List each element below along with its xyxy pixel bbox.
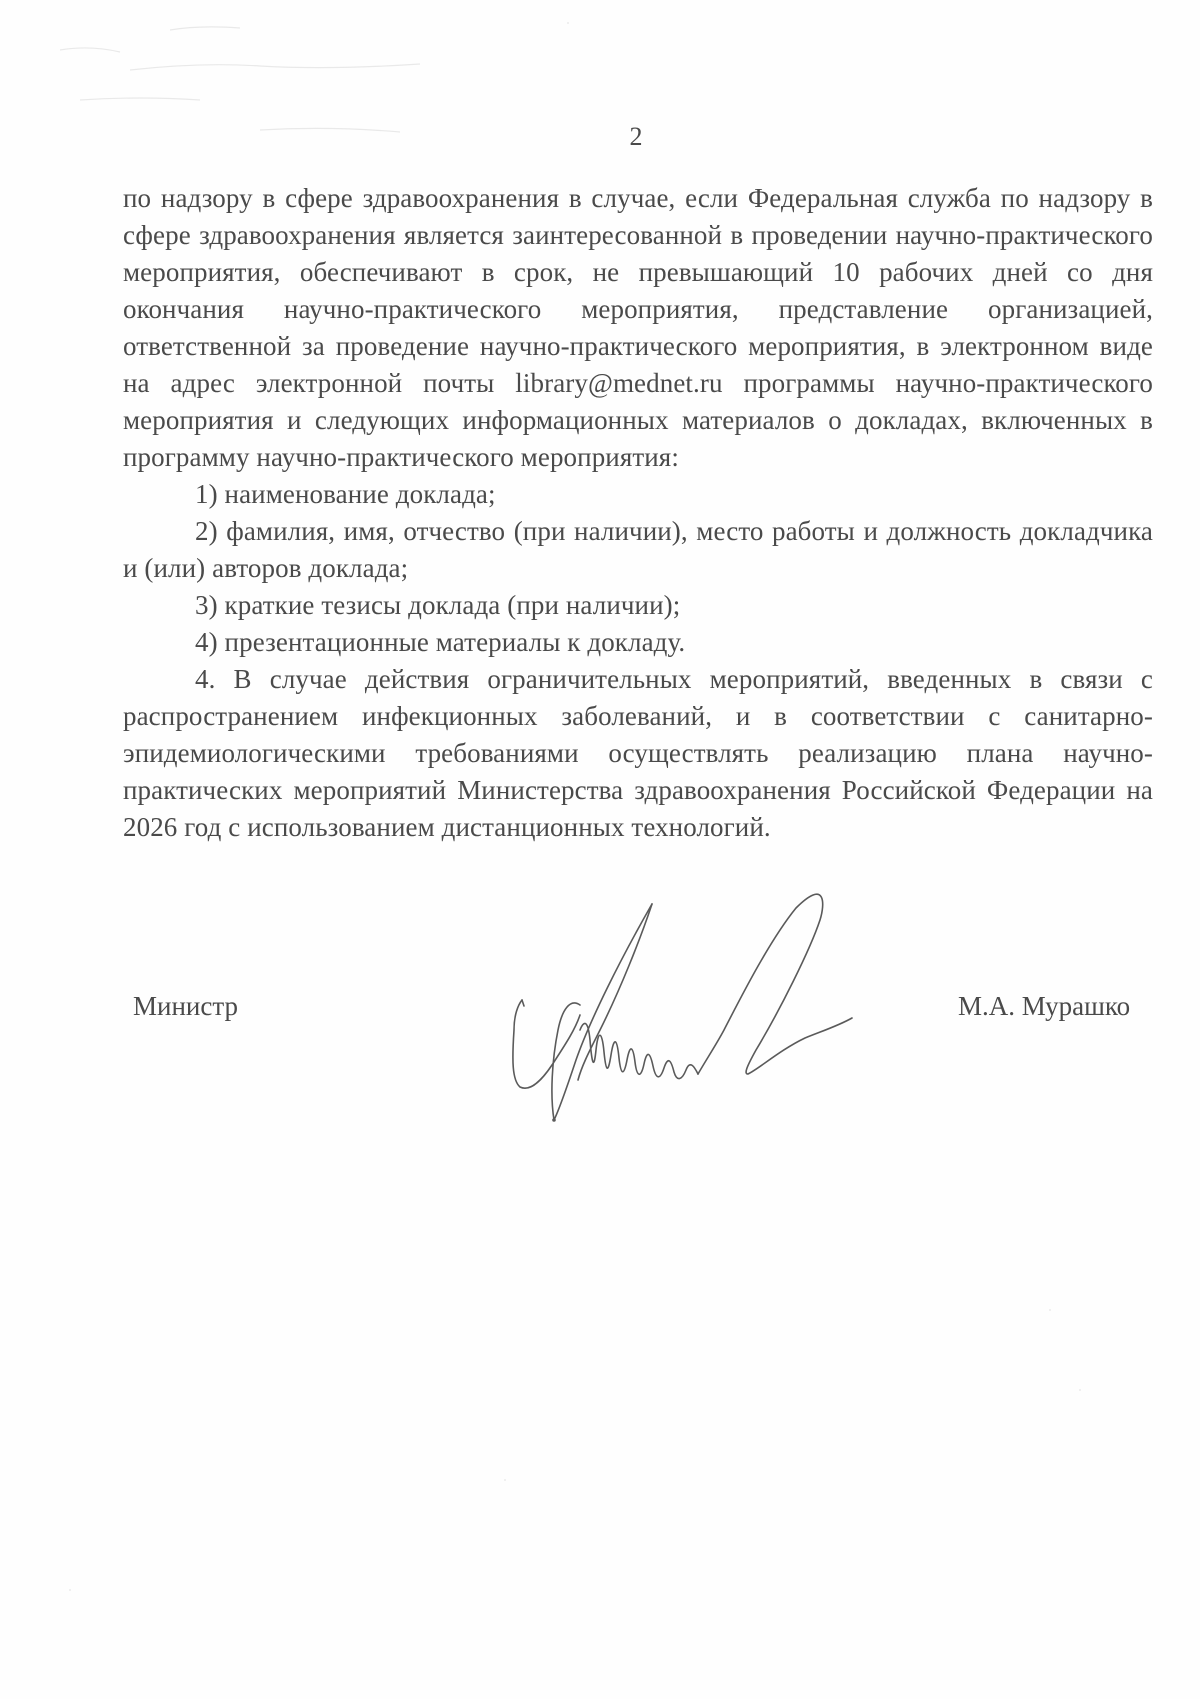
list-item-4: 4) презентационные материалы к докладу. <box>123 624 1153 661</box>
paragraph-4: 4. В случае действия ограничительных мер… <box>123 661 1153 846</box>
signer-title: Министр <box>133 990 238 1022</box>
handwritten-signature-icon <box>480 880 880 1140</box>
list-item-2: 2) фамилия, имя, отчество (при наличии),… <box>123 513 1153 587</box>
signer-name: М.А. Мурашко <box>958 990 1130 1022</box>
list-item-1: 1) наименование доклада; <box>123 476 1153 513</box>
paragraph-intro: по надзору в сфере здравоохранения в слу… <box>123 180 1153 476</box>
list-item-3: 3) краткие тезисы доклада (при наличии); <box>123 587 1153 624</box>
document-page: 2 по надзору в сфере здравоохранения в с… <box>0 0 1200 1699</box>
page-number: 2 <box>0 122 1200 152</box>
document-body: по надзору в сфере здравоохранения в слу… <box>123 180 1153 846</box>
